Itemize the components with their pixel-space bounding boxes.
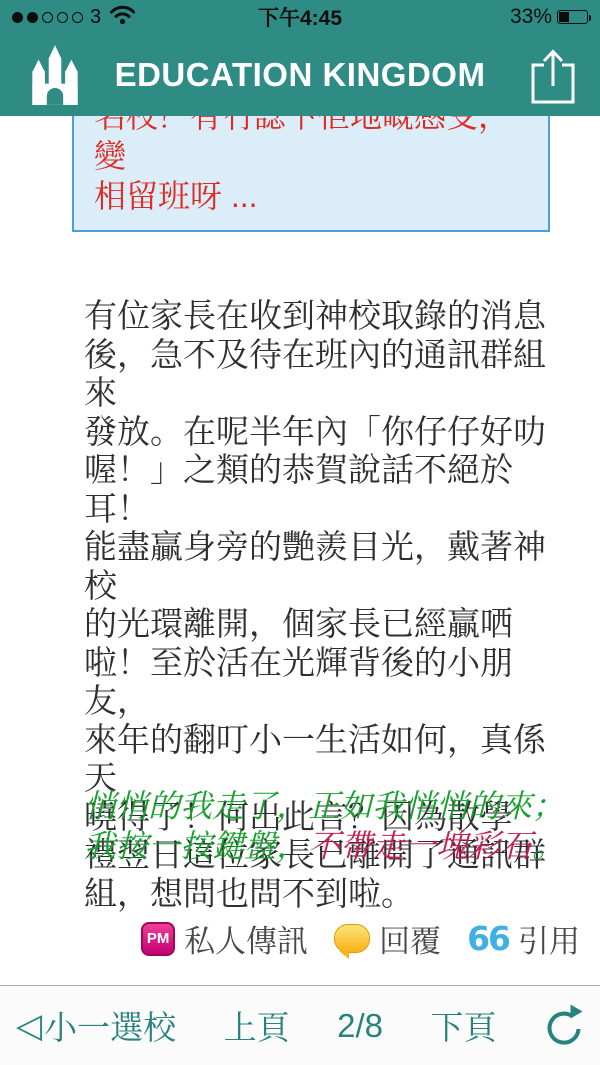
back-forum-label: 小一選校 [44, 1002, 176, 1049]
post-line: 後，急不及待在班內的通訊群組來 [84, 336, 564, 413]
bottom-nav-bar: ◁ 小一選校 上頁 2/8 下頁 [0, 985, 600, 1065]
quote-label: 引用 [518, 916, 580, 961]
signature-line2-period: 。 [532, 828, 564, 864]
battery-icon [557, 10, 588, 24]
post-line: 的光環離開，個家長已經贏哂 [84, 605, 564, 644]
post-line: 喔！」之類的恭賀說話不絕於耳！ [84, 451, 564, 528]
signature-line-2: 我按一按鍵盤，不帶走一塊彩石。 [84, 826, 584, 866]
reply-button[interactable]: 回覆 [334, 916, 441, 961]
signature-line-1: 悄悄的我走了，正如我悄悄的來； [84, 786, 584, 826]
quote-button[interactable]: 66 引用 [467, 916, 580, 961]
signature-line2-red: 不帶走一塊彩石 [308, 828, 532, 864]
post-line: 能盡贏身旁的艷羨目光，戴著神校 [84, 528, 564, 605]
post-line: 發放。在呢半年內「你仔仔好叻 [84, 413, 564, 452]
status-bar: 3 下午4:45 33% [0, 0, 600, 32]
next-page-button[interactable]: 下頁 [430, 1002, 496, 1049]
speech-bubble-icon [334, 924, 370, 953]
app-bar: EDUCATION KINGDOM [0, 32, 600, 118]
signature-line2-green: 我按一按鍵盤， [84, 828, 308, 864]
quoted-message-line: 相留班呀 ... [94, 176, 528, 216]
post-line: 組，想問也問不到啦。 [84, 875, 564, 914]
app-header: 3 下午4:45 33% [0, 0, 600, 116]
page-indicator: 2/8 [337, 1007, 383, 1045]
signature-poem: 悄悄的我走了，正如我悄悄的來； 我按一按鍵盤，不帶走一塊彩石。 [84, 786, 584, 866]
forum-post-page: 名校？有冇諗下佢地嘅感受，變 相留班呀 ... 有位家長在收到神校取錄的消息 後… [0, 0, 600, 1065]
private-message-label: 私人傳訊 [184, 916, 308, 961]
refresh-button[interactable] [544, 1003, 584, 1049]
back-to-forum-button[interactable]: ◁ 小一選校 [16, 1002, 176, 1049]
reply-label: 回覆 [379, 916, 441, 961]
back-chevron-icon: ◁ [16, 1006, 42, 1046]
prev-page-button[interactable]: 上頁 [224, 1002, 290, 1049]
post-line: 有位家長在收到神校取錄的消息 [84, 297, 564, 336]
share-button[interactable] [524, 48, 582, 111]
quote-icon: 66 [467, 919, 509, 958]
private-message-button[interactable]: PM 私人傳訊 [141, 916, 308, 961]
clock: 下午4:45 [0, 2, 600, 32]
post-action-row: PM 私人傳訊 回覆 66 引用 [141, 916, 580, 961]
page-title: EDUCATION KINGDOM [0, 56, 600, 94]
post-line: 啦！至於活在光輝背後的小朋友， [84, 644, 564, 721]
pm-icon: PM [141, 922, 175, 956]
